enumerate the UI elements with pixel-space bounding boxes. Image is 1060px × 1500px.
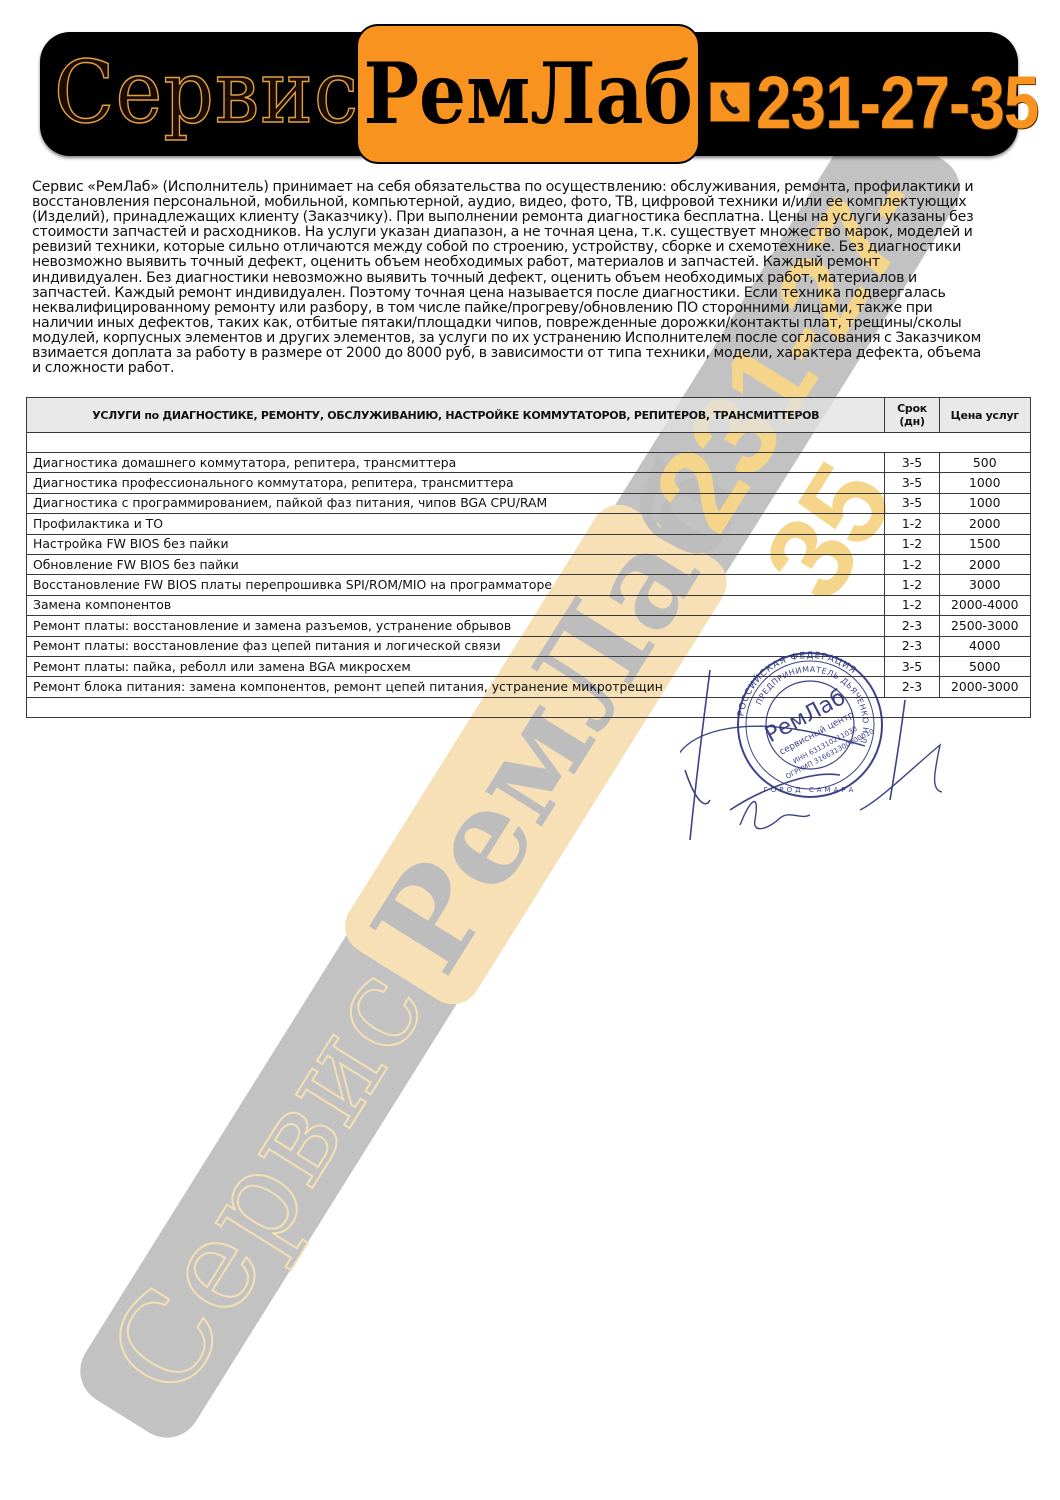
service-cell: Ремонт блока питания: замена компонентов… xyxy=(27,677,885,697)
brand-service-text: Сервис xyxy=(54,38,359,148)
table-row: Профилактика и ТО1-22000 xyxy=(27,514,1031,534)
brand-logo-plate: РемЛаб xyxy=(356,24,700,164)
price-cell: 2000-3000 xyxy=(939,677,1030,697)
watermark-brand-left: Сервис xyxy=(87,945,448,1416)
terms-line: индивидуален. Без диагностики невозможно… xyxy=(32,271,1032,286)
terms-line: наличии иных дефектов, таких как, отбиты… xyxy=(32,316,1032,331)
term-header-line2: (дн) xyxy=(891,415,932,428)
table-row: Ремонт платы: восстановление фаз цепей п… xyxy=(27,636,1031,656)
price-cell: 3000 xyxy=(939,575,1030,595)
column-header-price: Цена услуг xyxy=(939,398,1030,433)
price-cell: 2000 xyxy=(939,554,1030,574)
term-cell: 2-3 xyxy=(885,677,939,697)
terms-line: запчастей. Каждый ремонт индивидуален. П… xyxy=(32,286,1032,301)
price-cell: 2500-3000 xyxy=(939,616,1030,636)
service-cell: Профилактика и ТО xyxy=(27,514,885,534)
service-cell: Ремонт платы: восстановление и замена ра… xyxy=(27,616,885,636)
terms-line: модулей, корпусных элементов и других эл… xyxy=(32,331,1032,346)
terms-line: неквалифицированному ремонту или разбору… xyxy=(32,301,1032,316)
service-cell: Ремонт платы: пайка, реболл или замена B… xyxy=(27,656,885,676)
table-spacer-row xyxy=(27,697,1031,717)
service-cell: Диагностика с программированием, пайкой … xyxy=(27,493,885,513)
terms-line: ревизий техники, которые сильно отличают… xyxy=(32,240,1032,255)
service-cell: Обновление FW BIOS без пайки xyxy=(27,554,885,574)
service-cell: Замена компонентов xyxy=(27,595,885,615)
table-row: Восстановление FW BIOS платы перепрошивк… xyxy=(27,575,1031,595)
brand-name: РемЛаб xyxy=(363,52,692,136)
spacer-cell xyxy=(27,697,1031,717)
term-cell: 3-5 xyxy=(885,453,939,473)
price-cell: 2000 xyxy=(939,514,1030,534)
term-cell: 1-2 xyxy=(885,514,939,534)
term-cell: 1-2 xyxy=(885,575,939,595)
table-row: Настройка FW BIOS без пайки1-21500 xyxy=(27,534,1031,554)
seal-inn: ИНН 631310211030 xyxy=(792,725,859,766)
table-row: Ремонт платы: пайка, реболл или замена B… xyxy=(27,656,1031,676)
header-banner: Сервис РемЛаб 231-27-35 xyxy=(40,32,1018,156)
term-header-line1: Срок xyxy=(891,402,932,415)
price-cell: 1000 xyxy=(939,493,1030,513)
service-cell: Восстановление FW BIOS платы перепрошивк… xyxy=(27,575,885,595)
table-row: Ремонт блока питания: замена компонентов… xyxy=(27,677,1031,697)
phone-handset-icon xyxy=(715,87,745,117)
term-cell: 1-2 xyxy=(885,554,939,574)
term-cell: 1-2 xyxy=(885,595,939,615)
terms-line: невозможно выявить точный дефект, оценит… xyxy=(32,255,1032,270)
service-cell: Диагностика профессионального коммутатор… xyxy=(27,473,885,493)
term-cell: 2-3 xyxy=(885,616,939,636)
table-row: Замена компонентов1-22000-4000 xyxy=(27,595,1031,615)
terms-line: (Изделий), принадлежащих клиенту (Заказч… xyxy=(32,210,1032,225)
service-cell: Ремонт платы: восстановление фаз цепей п… xyxy=(27,636,885,656)
table-row: Диагностика с программированием, пайкой … xyxy=(27,493,1031,513)
service-cell: Диагностика домашнего коммутатора, репит… xyxy=(27,453,885,473)
terms-line: восстановления персональной, мобильной, … xyxy=(32,195,1032,210)
table-row: Ремонт платы: восстановление и замена ра… xyxy=(27,616,1031,636)
table-header-row: УСЛУГИ по ДИАГНОСТИКЕ, РЕМОНТУ, ОБСЛУЖИВ… xyxy=(27,398,1031,433)
table-row: Диагностика профессионального коммутатор… xyxy=(27,473,1031,493)
term-cell: 3-5 xyxy=(885,473,939,493)
term-cell: 1-2 xyxy=(885,534,939,554)
seal-ogrnip: ОГРНИП 316631300000010 xyxy=(784,727,875,780)
column-header-term: Срок (дн) xyxy=(885,398,939,433)
phone-number[interactable]: 231-27-35 xyxy=(756,58,1038,148)
seal-city: ГОРОД САМАРА xyxy=(764,786,857,794)
price-cell: 5000 xyxy=(939,656,1030,676)
term-cell: 3-5 xyxy=(885,656,939,676)
service-cell: Настройка FW BIOS без пайки xyxy=(27,534,885,554)
column-header-service: УСЛУГИ по ДИАГНОСТИКЕ, РЕМОНТУ, ОБСЛУЖИВ… xyxy=(27,398,885,433)
price-cell: 1500 xyxy=(939,534,1030,554)
term-cell: 3-5 xyxy=(885,493,939,513)
phone-icon xyxy=(710,82,750,122)
terms-paragraph: Сервис «РемЛаб» (Исполнитель) принимает … xyxy=(32,180,1032,376)
terms-line: и сложности работ. xyxy=(32,361,1032,376)
price-cell: 1000 xyxy=(939,473,1030,493)
price-cell: 4000 xyxy=(939,636,1030,656)
table-row: Обновление FW BIOS без пайки1-22000 xyxy=(27,554,1031,574)
terms-line: Сервис «РемЛаб» (Исполнитель) принимает … xyxy=(32,180,1032,195)
price-table: УСЛУГИ по ДИАГНОСТИКЕ, РЕМОНТУ, ОБСЛУЖИВ… xyxy=(26,397,1031,718)
terms-line: взимается доплата за работу в размере от… xyxy=(32,346,1032,361)
terms-line: стоимости запчастей и расходников. На ус… xyxy=(32,225,1032,240)
price-cell: 500 xyxy=(939,453,1030,473)
table-spacer-row xyxy=(27,433,1031,453)
term-cell: 2-3 xyxy=(885,636,939,656)
price-cell: 2000-4000 xyxy=(939,595,1030,615)
table-row: Диагностика домашнего коммутатора, репит… xyxy=(27,453,1031,473)
